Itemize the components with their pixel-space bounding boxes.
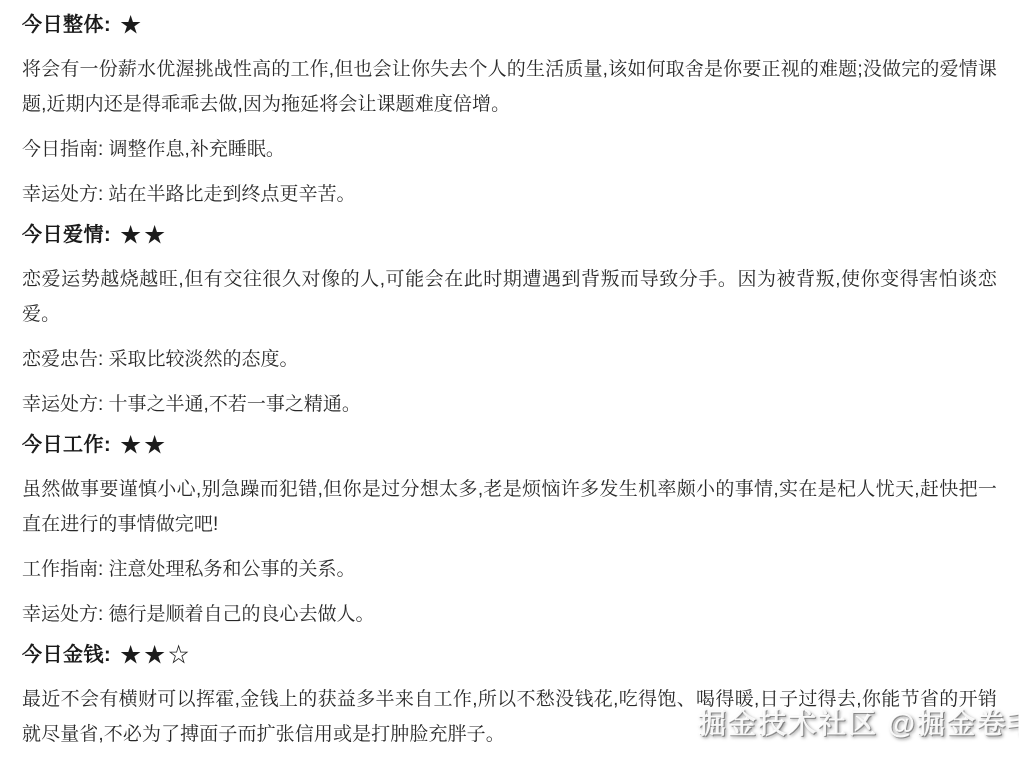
section-money-heading-label: 今日金钱: <box>22 644 111 666</box>
love-advice-line: 恋爱忠告: 采取比较淡然的态度。 <box>22 342 997 377</box>
work-lucky-line: 幸运处方: 德行是顺着自己的良心去做人。 <box>22 597 997 632</box>
section-overall-heading-label: 今日整体: <box>22 14 111 36</box>
horoscope-article: 今日整体:★ 将会有一份薪水优渥挑战性高的工作,但也会让你失去个人的生活质量,该… <box>0 0 1019 752</box>
money-star-rating: ★★☆ <box>120 644 192 667</box>
overall-guide-line: 今日指南: 调整作息,补充睡眠。 <box>22 132 997 167</box>
overall-lucky-line: 幸运处方: 站在半路比走到终点更辛苦。 <box>22 177 997 212</box>
love-star-rating: ★★ <box>120 224 168 247</box>
section-work-heading-label: 今日工作: <box>22 434 111 456</box>
section-love-body: 恋爱运势越烧越旺,但有交往很久对像的人,可能会在此时期遭遇到背叛而导致分手。因为… <box>22 262 997 332</box>
section-money-heading: 今日金钱:★★☆ <box>22 642 997 669</box>
section-money-body: 最近不会有横财可以挥霍,金钱上的获益多半来自工作,所以不愁没钱花,吃得饱、喝得暖… <box>22 682 997 752</box>
section-money: 今日金钱:★★☆ 最近不会有横财可以挥霍,金钱上的获益多半来自工作,所以不愁没钱… <box>22 642 997 752</box>
section-love-heading-label: 今日爱情: <box>22 224 111 246</box>
love-lucky-line: 幸运处方: 十事之半通,不若一事之精通。 <box>22 387 997 422</box>
section-overall: 今日整体:★ 将会有一份薪水优渥挑战性高的工作,但也会让你失去个人的生活质量,该… <box>22 12 997 212</box>
overall-star-rating: ★ <box>120 14 144 37</box>
work-star-rating: ★★ <box>120 434 168 457</box>
section-love-heading: 今日爱情:★★ <box>22 222 997 249</box>
section-work: 今日工作:★★ 虽然做事要谨慎小心,别急躁而犯错,但你是过分想太多,老是烦恼许多… <box>22 432 997 632</box>
section-work-heading: 今日工作:★★ <box>22 432 997 459</box>
section-love: 今日爱情:★★ 恋爱运势越烧越旺,但有交往很久对像的人,可能会在此时期遭遇到背叛… <box>22 222 997 422</box>
section-overall-heading: 今日整体:★ <box>22 12 997 39</box>
section-overall-body: 将会有一份薪水优渥挑战性高的工作,但也会让你失去个人的生活质量,该如何取舍是你要… <box>22 52 997 122</box>
work-guide-line: 工作指南: 注意处理私务和公事的关系。 <box>22 552 997 587</box>
section-work-body: 虽然做事要谨慎小心,别急躁而犯错,但你是过分想太多,老是烦恼许多发生机率颇小的事… <box>22 472 997 542</box>
